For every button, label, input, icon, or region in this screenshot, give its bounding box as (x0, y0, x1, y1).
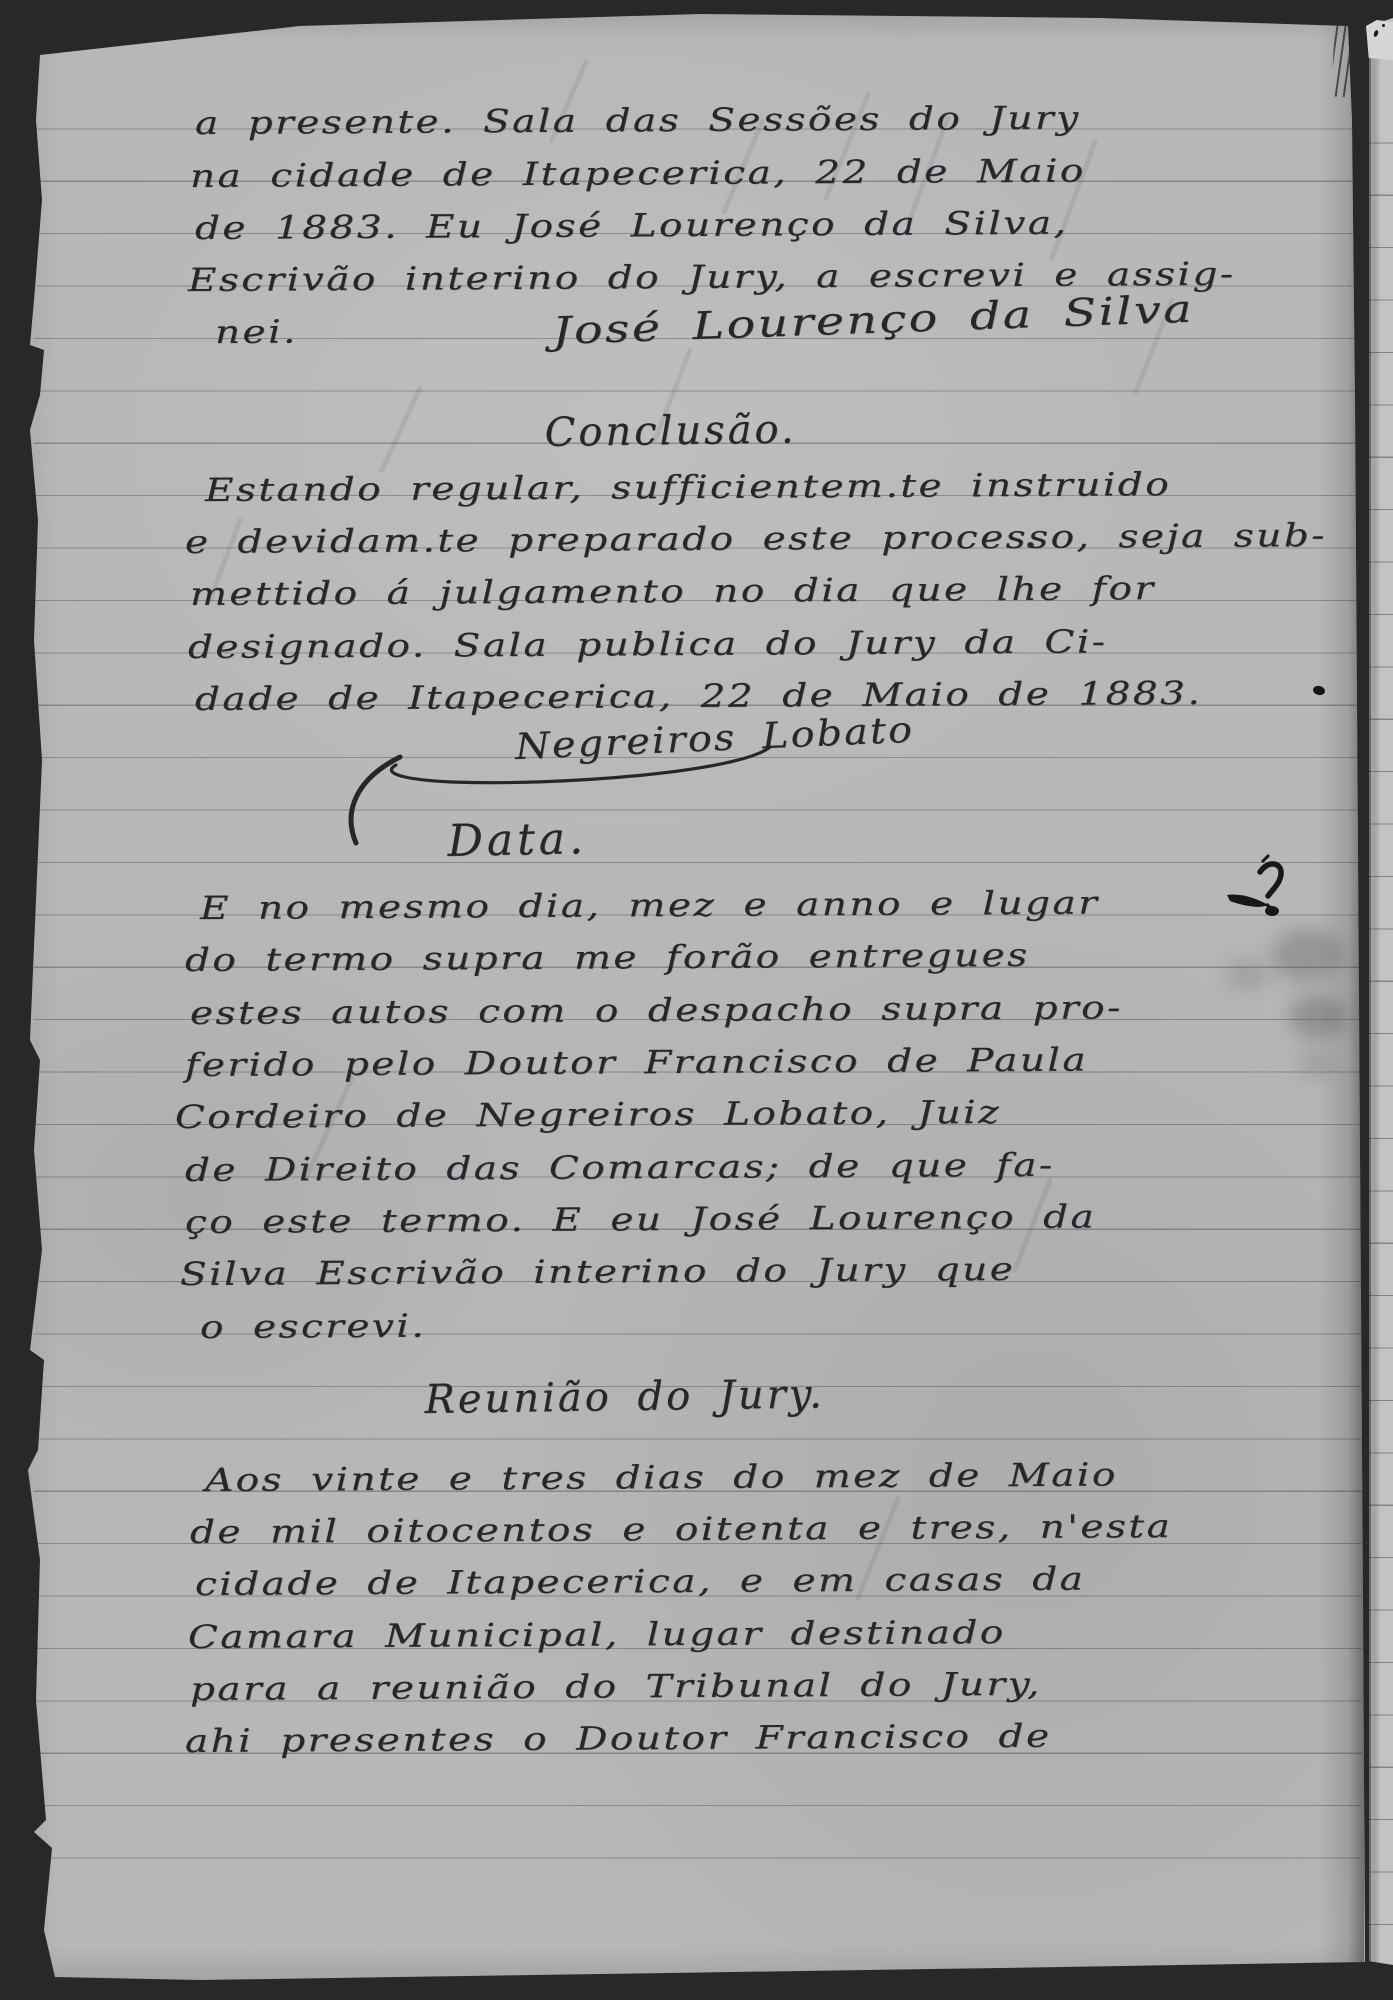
handwritten-line: Cordeiro de Negreiros Lobato, Juiz (175, 1096, 1001, 1133)
handwritten-line: a presente. Sala das Sessões do Jury (195, 102, 1081, 139)
handwritten-line: Camara Municipal, lugar destinado (188, 1616, 1006, 1653)
manuscript-page: a presente. Sala das Sessões do Jury na … (0, 0, 1393, 2000)
paper-stain (1226, 960, 1268, 990)
handwritten-line: estes autos com o despacho supra pro- (190, 991, 1123, 1029)
page-edge-shadow (1318, 18, 1364, 1963)
handwritten-line: de Direito das Comarcas; de que fa- (185, 1149, 1055, 1186)
ink-speck (1382, 24, 1385, 27)
ink-speck (1373, 30, 1379, 38)
handwritten-line: e devidam.te preparado este processo, se… (185, 519, 1327, 558)
handwritten-line: ferido pelo Doutor Francisco de Paula (185, 1043, 1088, 1081)
handwritten-line: designado. Sala publica do Jury da Ci- (188, 625, 1108, 663)
section-heading-conclusao: Conclusão. (544, 409, 796, 453)
handwritten-line: Estando regular, sufficientem.te instrui… (205, 468, 1171, 506)
ink-speck (155, 38, 158, 41)
handwritten-line: cidade de Itapecerica, e em casas da (195, 1563, 1086, 1600)
binding-stitch-marks (1331, 22, 1360, 97)
handwritten-line: de 1883. Eu José Lourenço da Silva, (195, 207, 1069, 244)
adjacent-page-edge (1369, 18, 1393, 1965)
section-heading-reuniao: Reunião do Jury. (424, 1374, 825, 1420)
handwritten-line: E no mesmo dia, mez e anno e lugar (200, 887, 1100, 924)
handwritten-line: nei. (215, 315, 298, 348)
torn-page-stub (1366, 20, 1393, 60)
section-heading-data: Data. (447, 817, 587, 864)
scanned-document: a presente. Sala das Sessões do Jury na … (0, 0, 1393, 2000)
ink-speck (135, 40, 141, 45)
handwritten-line: na cidade de Itapecerica, 22 de Maio (190, 155, 1086, 192)
handwritten-line: para a reunião do Tribunal do Jury, (190, 1668, 1042, 1705)
handwritten-line: dade de Itapecerica, 22 de Maio de 1883. (195, 677, 1203, 715)
handwritten-line: ço este termo. E eu José Lourenço da (185, 1200, 1096, 1238)
handwritten-line: Aos vinte e tres dias do mez de Maio (205, 1458, 1118, 1496)
handwritten-line: mettido á julgamento no dia que lhe for (190, 572, 1156, 610)
adjacent-ruled-lines (1369, 91, 1393, 1951)
handwritten-line: o escrevi. (200, 1310, 426, 1343)
ink-dot (1027, 542, 1034, 548)
handwritten-line: ahi presentes o Doutor Francisco de (185, 1720, 1052, 1757)
handwritten-line: do termo supra me forão entregues (185, 939, 1030, 976)
handwritten-line: de mil oitocentos e oitenta e tres, n'es… (190, 1510, 1173, 1548)
handwritten-line: Silva Escrivão interino do Jury que (180, 1253, 1016, 1290)
